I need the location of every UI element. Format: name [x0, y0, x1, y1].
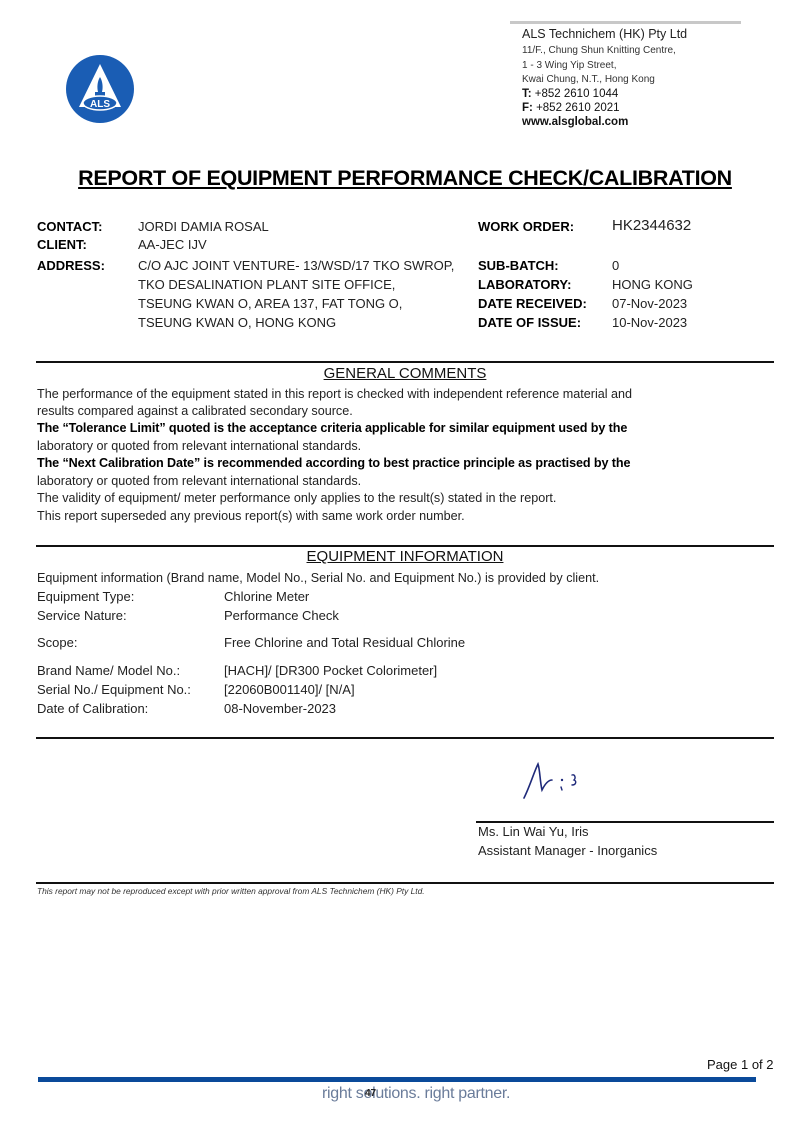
- sub-batch-value: 0: [612, 258, 619, 273]
- service-nature-label: Service Nature:: [37, 608, 127, 623]
- serial-equipment-label: Serial No./ Equipment No.:: [37, 682, 191, 697]
- company-telephone: T: +852 2610 1044: [522, 88, 618, 100]
- work-order-value: HK2344632: [612, 217, 691, 234]
- equipment-type-value: Chlorine Meter: [224, 589, 309, 604]
- signatory-position: Assistant Manager - Inorganics: [478, 843, 657, 858]
- disclaimer-text: This report may not be reproduced except…: [37, 886, 425, 896]
- comment-line-2: results compared against a calibrated se…: [37, 404, 353, 418]
- work-order-label: WORK ORDER:: [478, 219, 574, 234]
- company-address-line-3: Kwai Chung, N.T., Hong Kong: [522, 74, 655, 85]
- scope-label: Scope:: [37, 635, 77, 650]
- date-received-label: DATE RECEIVED:: [478, 296, 587, 311]
- section-divider: [36, 361, 774, 363]
- report-title: REPORT OF EQUIPMENT PERFORMANCE CHECK/CA…: [0, 166, 794, 191]
- scope-value: Free Chlorine and Total Residual Chlorin…: [224, 635, 465, 650]
- fax-label: F:: [522, 102, 533, 114]
- equipment-information-title: EQUIPMENT INFORMATION: [0, 548, 794, 565]
- contact-value: JORDI DAMIA ROSAL: [138, 219, 269, 234]
- company-website: www.alsglobal.com: [522, 116, 628, 128]
- signature-line: [476, 821, 774, 823]
- service-nature-value: Performance Check: [224, 608, 339, 623]
- company-name: ALS Technichem (HK) Pty Ltd: [522, 27, 687, 41]
- signature-icon: [518, 758, 598, 803]
- page-stamp: 47: [365, 1088, 376, 1099]
- comment-line-8: This report superseded any previous repo…: [37, 509, 465, 523]
- footer-divider: [36, 882, 774, 884]
- logo-text: ALS: [90, 99, 110, 110]
- brand-model-label: Brand Name/ Model No.:: [37, 663, 180, 678]
- header-rule: [510, 21, 741, 24]
- sub-batch-label: SUB-BATCH:: [478, 258, 559, 273]
- company-address-line-2: 1 - 3 Wing Yip Street,: [522, 60, 617, 71]
- brand-model-value: [HACH]/ [DR300 Pocket Colorimeter]: [224, 663, 437, 678]
- address-line-3: TSEUNG KWAN O, AREA 137, FAT TONG O,: [138, 296, 402, 311]
- company-address-line-1: 11/F., Chung Shun Knitting Centre,: [522, 45, 676, 56]
- date-of-calibration-value: 08-November-2023: [224, 701, 336, 716]
- footer-brand-bar: [38, 1077, 756, 1082]
- comment-line-6: laboratory or quoted from relevant inter…: [37, 474, 361, 488]
- als-logo-icon: ALS: [66, 55, 134, 123]
- comment-line-5: The “Next Calibration Date” is recommend…: [37, 456, 630, 470]
- section-divider: [36, 737, 774, 739]
- date-of-calibration-label: Date of Calibration:: [37, 701, 148, 716]
- general-comments-title: GENERAL COMMENTS: [0, 365, 794, 382]
- equipment-note: Equipment information (Brand name, Model…: [37, 571, 599, 585]
- serial-equipment-value: [22060B001140]/ [N/A]: [224, 682, 355, 697]
- address-line-4: TSEUNG KWAN O, HONG KONG: [138, 315, 336, 330]
- section-divider: [36, 545, 774, 547]
- date-of-issue-value: 10-Nov-2023: [612, 315, 687, 330]
- comment-line-1: The performance of the equipment stated …: [37, 387, 632, 401]
- laboratory-value: HONG KONG: [612, 277, 693, 292]
- company-fax: F: +852 2610 2021: [522, 102, 620, 114]
- signatory-name: Ms. Lin Wai Yu, Iris: [478, 824, 589, 839]
- address-label: ADDRESS:: [37, 258, 105, 273]
- telephone-label: T:: [522, 88, 532, 100]
- footer-tagline: right solutions. right partner.: [322, 1085, 510, 1103]
- comment-line-7: The validity of equipment/ meter perform…: [37, 491, 556, 505]
- date-received-value: 07-Nov-2023: [612, 296, 687, 311]
- contact-label: CONTACT:: [37, 219, 102, 234]
- telephone-value: +852 2610 1044: [535, 88, 618, 100]
- address-line-2: TKO DESALINATION PLANT SITE OFFICE,: [138, 277, 395, 292]
- comment-line-4: laboratory or quoted from relevant inter…: [37, 439, 361, 453]
- page-number: Page 1 of 2: [707, 1057, 774, 1072]
- fax-value: +852 2610 2021: [536, 102, 619, 114]
- client-value: AA-JEC IJV: [138, 237, 207, 252]
- comment-line-3: The “Tolerance Limit” quoted is the acce…: [37, 421, 627, 435]
- date-of-issue-label: DATE OF ISSUE:: [478, 315, 581, 330]
- equipment-type-label: Equipment Type:: [37, 589, 134, 604]
- address-line-1: C/O AJC JOINT VENTURE- 13/WSD/17 TKO SWR…: [138, 258, 454, 273]
- laboratory-label: LABORATORY:: [478, 277, 571, 292]
- client-label: CLIENT:: [37, 237, 87, 252]
